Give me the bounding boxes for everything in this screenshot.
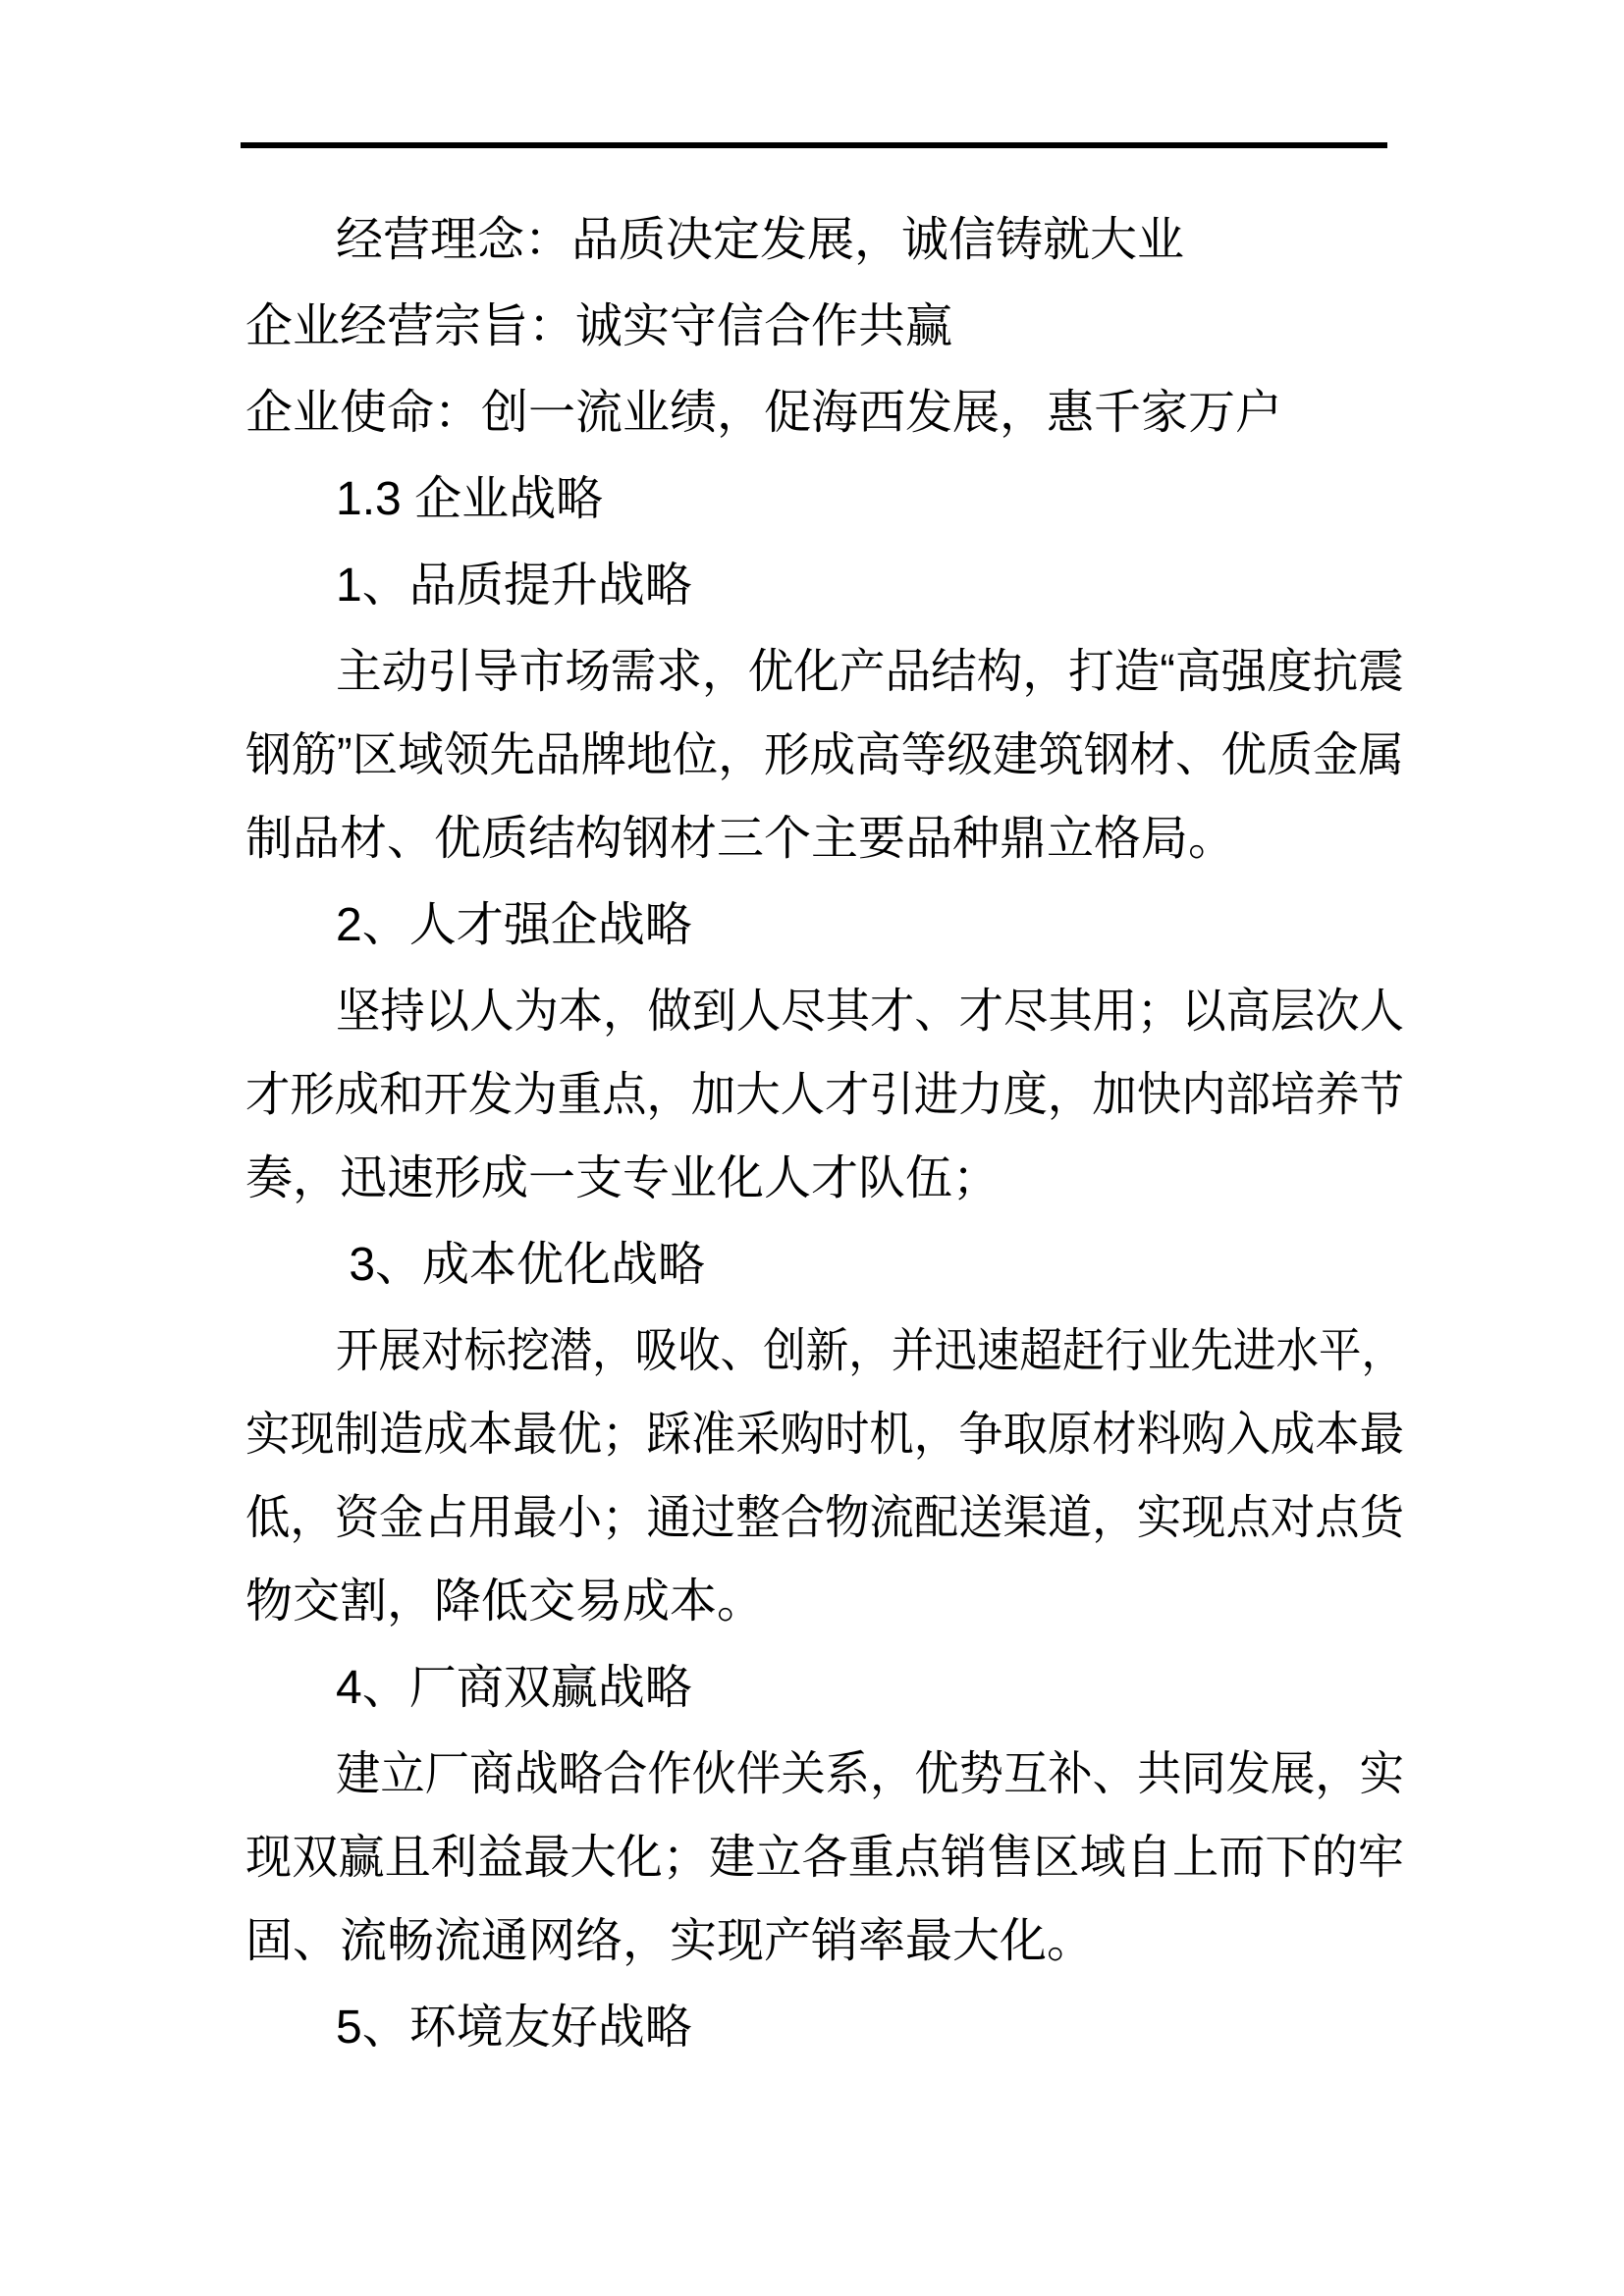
document-page: 经营理念：品质决定发展，诚信铸就大业企业经营宗旨：诚实守信合作共赢企业使命：创一… bbox=[0, 0, 1624, 2296]
text-line-content: 1.3 企业战略 bbox=[336, 457, 603, 541]
text-line-content: 1、品质提升战略 bbox=[336, 544, 692, 627]
text-line-content: 现双赢且利益最大化；建立各重点销售区域自上而下的牢 bbox=[245, 1816, 1404, 1899]
paragraph: 企业经营宗旨：诚实守信合作共赢 bbox=[245, 285, 1404, 368]
paragraph: 经营理念：品质决定发展，诚信铸就大业 bbox=[245, 198, 1404, 282]
text-line: 开展对标挖潜，吸收、创新，并迅速超赶行业先进水平， bbox=[245, 1309, 1404, 1393]
paragraph: 1.3 企业战略 bbox=[245, 457, 1404, 541]
text-line: 制品材、优质结构钢材三个主要品种鼎立格局。 bbox=[245, 797, 1404, 881]
text-line-content: 3、成本优化战略 bbox=[336, 1223, 705, 1307]
text-line-content: 固、流畅流通网络，实现产销率最大化。 bbox=[245, 1899, 1094, 1983]
paragraph: 企业使命：创一流业绩，促海西发展，惠千家万户 bbox=[245, 371, 1404, 454]
text-line-content: 才形成和开发为重点，加大人才引进力度，加快内部培养节 bbox=[245, 1053, 1404, 1137]
text-line-content: 开展对标挖潜，吸收、创新，并迅速超赶行业先进水平， bbox=[336, 1309, 1404, 1393]
paragraph: 2、人才强企战略 bbox=[245, 883, 1404, 967]
text-line: 坚持以人为本，做到人尽其才、才尽其用；以高层次人 bbox=[245, 970, 1404, 1053]
text-line-content: 坚持以人为本，做到人尽其才、才尽其用；以高层次人 bbox=[336, 970, 1404, 1053]
text-line-content: 企业使命：创一流业绩，促海西发展，惠千家万户 bbox=[245, 371, 1282, 454]
text-line: 物交割，降低交易成本。 bbox=[245, 1560, 1404, 1643]
text-line: 固、流畅流通网络，实现产销率最大化。 bbox=[245, 1899, 1404, 1983]
paragraph: 开展对标挖潜，吸收、创新，并迅速超赶行业先进水平，实现制造成本最优；踩准采购时机… bbox=[245, 1309, 1404, 1643]
text-line-content: 实现制造成本最优；踩准采购时机，争取原材料购入成本最 bbox=[245, 1393, 1404, 1476]
text-line: 主动引导市场需求，优化产品结构，打造“高强度抗震 bbox=[245, 630, 1404, 714]
text-line: 建立厂商战略合作伙伴关系，优势互补、共同发展，实 bbox=[245, 1733, 1404, 1816]
text-line: 奏，迅速形成一支专业化人才队伍； bbox=[245, 1137, 1404, 1220]
text-line-content: 物交割，降低交易成本。 bbox=[245, 1560, 764, 1643]
text-line: 现双赢且利益最大化；建立各重点销售区域自上而下的牢 bbox=[245, 1816, 1404, 1899]
paragraph: 建立厂商战略合作伙伴关系，优势互补、共同发展，实现双赢且利益最大化；建立各重点销… bbox=[245, 1733, 1404, 1983]
paragraph: 3、成本优化战略 bbox=[245, 1223, 1404, 1307]
paragraph: 主动引导市场需求，优化产品结构，打造“高强度抗震钢筋”区域领先品牌地位，形成高等… bbox=[245, 630, 1404, 881]
text-line: 钢筋”区域领先品牌地位，形成高等级建筑钢材、优质金属 bbox=[245, 714, 1404, 797]
header-separator-rule bbox=[241, 142, 1387, 148]
text-line: 企业使命：创一流业绩，促海西发展，惠千家万户 bbox=[245, 371, 1404, 454]
paragraph: 5、环境友好战略 bbox=[245, 1986, 1404, 2069]
text-line: 经营理念：品质决定发展，诚信铸就大业 bbox=[245, 198, 1404, 282]
text-line: 3、成本优化战略 bbox=[245, 1223, 1404, 1307]
paragraph: 1、品质提升战略 bbox=[245, 544, 1404, 627]
text-line-content: 制品材、优质结构钢材三个主要品种鼎立格局。 bbox=[245, 797, 1235, 881]
text-line: 低，资金占用最小；通过整合物流配送渠道，实现点对点货 bbox=[245, 1476, 1404, 1560]
text-line-content: 2、人才强企战略 bbox=[336, 883, 692, 967]
text-line-content: 5、环境友好战略 bbox=[336, 1986, 692, 2069]
text-line: 5、环境友好战略 bbox=[245, 1986, 1404, 2069]
text-line-content: 4、厂商双赢战略 bbox=[336, 1646, 692, 1730]
text-line-content: 低，资金占用最小；通过整合物流配送渠道，实现点对点货 bbox=[245, 1476, 1404, 1560]
text-line: 1.3 企业战略 bbox=[245, 457, 1404, 541]
paragraph: 4、厂商双赢战略 bbox=[245, 1646, 1404, 1730]
text-line-content: 建立厂商战略合作伙伴关系，优势互补、共同发展，实 bbox=[336, 1733, 1404, 1816]
document-body: 经营理念：品质决定发展，诚信铸就大业企业经营宗旨：诚实守信合作共赢企业使命：创一… bbox=[245, 198, 1404, 2072]
text-line: 企业经营宗旨：诚实守信合作共赢 bbox=[245, 285, 1404, 368]
text-line-content: 经营理念：品质决定发展，诚信铸就大业 bbox=[336, 198, 1184, 282]
paragraph: 坚持以人为本，做到人尽其才、才尽其用；以高层次人才形成和开发为重点，加大人才引进… bbox=[245, 970, 1404, 1220]
text-line: 2、人才强企战略 bbox=[245, 883, 1404, 967]
text-line-content: 钢筋”区域领先品牌地位，形成高等级建筑钢材、优质金属 bbox=[245, 714, 1404, 797]
text-line: 实现制造成本最优；踩准采购时机，争取原材料购入成本最 bbox=[245, 1393, 1404, 1476]
text-line-content: 主动引导市场需求，优化产品结构，打造“高强度抗震 bbox=[336, 630, 1404, 714]
text-line: 4、厂商双赢战略 bbox=[245, 1646, 1404, 1730]
text-line-content: 奏，迅速形成一支专业化人才队伍； bbox=[245, 1137, 1000, 1220]
text-line: 才形成和开发为重点，加大人才引进力度，加快内部培养节 bbox=[245, 1053, 1404, 1137]
text-line-content: 企业经营宗旨：诚实守信合作共赢 bbox=[245, 285, 952, 368]
text-line: 1、品质提升战略 bbox=[245, 544, 1404, 627]
